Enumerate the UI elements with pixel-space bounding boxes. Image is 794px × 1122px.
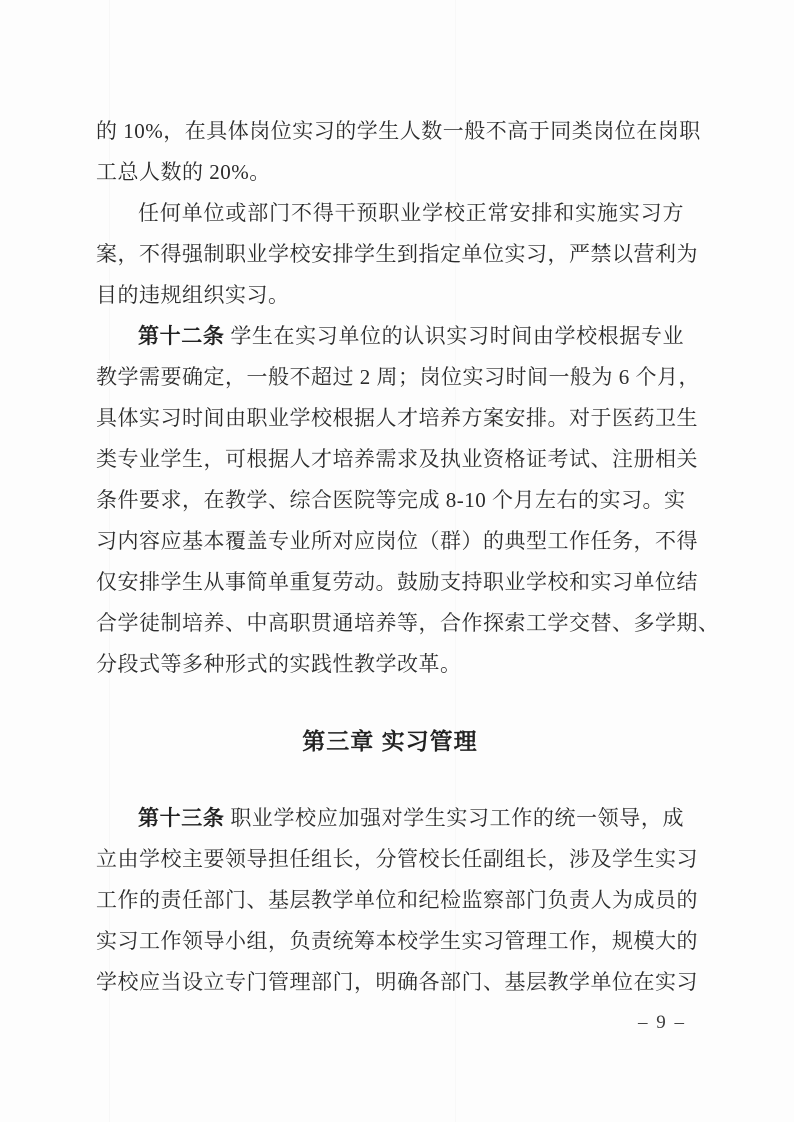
text-line: 任何单位或部门不得干预职业学校正常安排和实施实习方 — [96, 193, 684, 234]
document-page: 的 10%，在具体岗位实习的学生人数一般不高于同类岗位在岗职工总人数的 20%。… — [0, 0, 794, 1122]
text-line: 具体实习时间由职业学校根据人才培养方案安排。对于医药卫生 — [96, 398, 684, 439]
page-number: – 9 – — [638, 1012, 686, 1034]
text-line: 第十三条 职业学校应加强对学生实习工作的统一领导，成 — [96, 798, 684, 839]
text-line: 习内容应基本覆盖专业所对应岗位（群）的典型工作任务，不得 — [96, 521, 684, 562]
text-line: 学校应当设立专门管理部门，明确各部门、基层教学单位在实习 — [96, 962, 684, 1003]
text-line: 实习工作领导小组，负责统筹本校学生实习管理工作，规模大的 — [96, 921, 684, 962]
chapter-heading: 第三章 实习管理 — [96, 721, 684, 761]
text-line: 立由学校主要领导担任组长，分管校长任副组长，涉及学生实习 — [96, 839, 684, 880]
text-line: 类专业学生，可根据人才培养需求及执业资格证考试、注册相关 — [96, 439, 684, 480]
text-line: 教学需要确定，一般不超过 2 周；岗位实习时间一般为 6 个月， — [96, 357, 684, 398]
article-number: 第十三条 — [138, 807, 224, 830]
document-content: 的 10%，在具体岗位实习的学生人数一般不高于同类岗位在岗职工总人数的 20%。… — [96, 111, 684, 1003]
article-number: 第十二条 — [138, 325, 224, 348]
text-line: 条件要求，在教学、综合医院等完成 8-10 个月左右的实习。实 — [96, 480, 684, 521]
text-line: 分段式等多种形式的实践性教学改革。 — [96, 644, 684, 685]
text-line: 的 10%，在具体岗位实习的学生人数一般不高于同类岗位在岗职 — [96, 111, 684, 152]
text-line: 工总人数的 20%。 — [96, 152, 684, 193]
text-line: 合学徒制培养、中高职贯通培养等，合作探索工学交替、多学期、 — [96, 603, 684, 644]
text-line: 目的违规组织实习。 — [96, 275, 684, 316]
text-line: 案，不得强制职业学校安排学生到指定单位实习，严禁以营利为 — [96, 234, 684, 275]
text-line: 第十二条 学生在实习单位的认识实习时间由学校根据专业 — [96, 316, 684, 357]
text-line: 工作的责任部门、基层教学单位和纪检监察部门负责人为成员的 — [96, 880, 684, 921]
text-line: 仅安排学生从事简单重复劳动。鼓励支持职业学校和实习单位结 — [96, 562, 684, 603]
